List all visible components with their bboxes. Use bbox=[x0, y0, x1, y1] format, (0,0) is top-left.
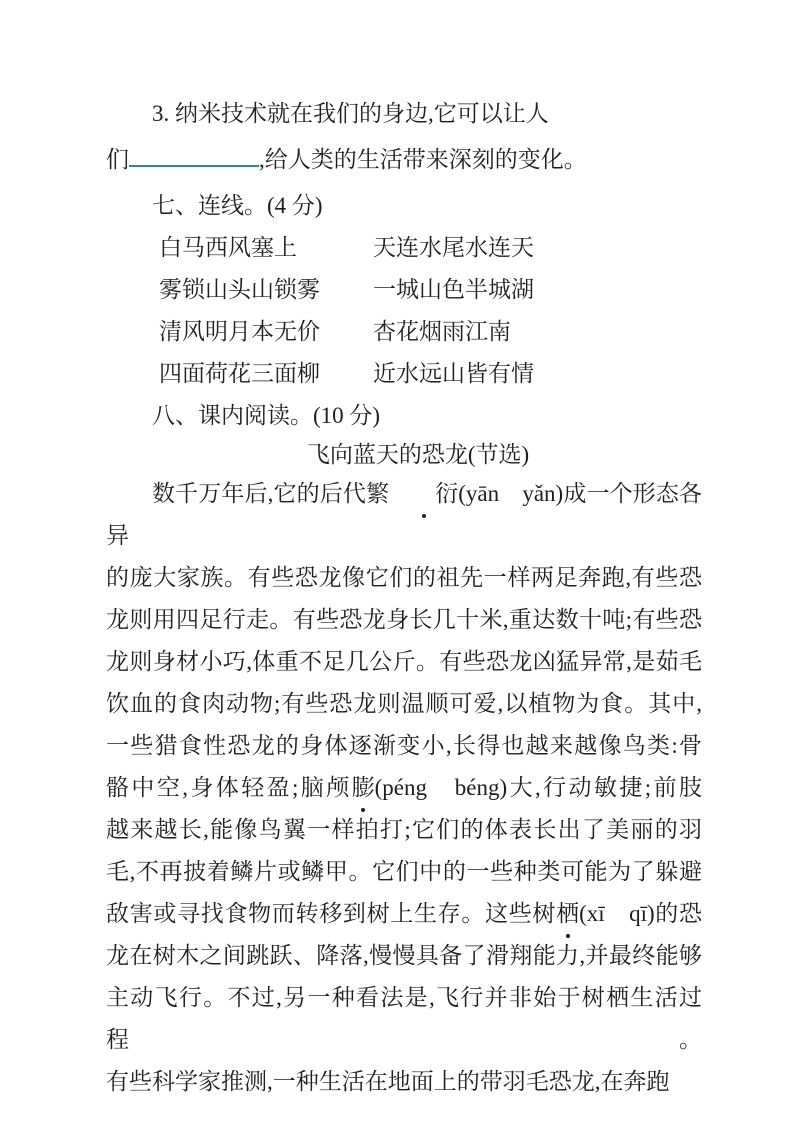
passage-line: 一些猎食性恐龙的身体逐渐变小,长得也越来越像鸟类:骨 bbox=[106, 725, 702, 767]
match-row: 白马西风塞上 天连水尾水连天 bbox=[106, 227, 702, 269]
match-left-item: 四面荷花三面柳 bbox=[159, 353, 373, 395]
question-3-line-1: 3. 纳米技术就在我们的身边,它可以让人 bbox=[106, 93, 702, 135]
question-3-suffix: ,给人类的生活带来深刻的变化。 bbox=[259, 147, 587, 172]
matching-exercise: 白马西风塞上 天连水尾水连天 雾锁山头山锁雾 一城山色半城湖 清风明月本无价 杏… bbox=[106, 227, 702, 395]
question-3-line-2: 们,给人类的生活带来深刻的变化。 bbox=[106, 139, 702, 181]
match-left-item: 雾锁山头山锁雾 bbox=[159, 269, 373, 311]
passage-line: 龙在树木之间跳跃、降落,慢慢具备了滑翔能力,并最终能够 bbox=[106, 935, 702, 977]
passage-line: 饮血的食肉动物;有些恐龙则温顺可爱,以植物为食。其中, bbox=[106, 683, 702, 725]
passage-line: 数千万年后,它的后代繁衍(yān yǎn)成一个形态各异 bbox=[106, 473, 702, 557]
match-right-item: 近水远山皆有情 bbox=[373, 353, 534, 395]
passage-line: 龙则用四足行走。有些恐龙身长几十米,重达数十吨;有些恐 bbox=[106, 599, 702, 641]
passage-line: 的庞大家族。有些恐龙像它们的祖先一样两足奔跑,有些恐 bbox=[106, 557, 702, 599]
passage-line: 骼中空,身体轻盈;脑颅膨(péng béng)大,行动敏捷;前肢 bbox=[106, 767, 702, 809]
match-left-item: 白马西风塞上 bbox=[159, 227, 373, 269]
passage-body: 数千万年后,它的后代繁衍(yān yǎn)成一个形态各异的庞大家族。有些恐龙像它… bbox=[106, 473, 702, 1103]
emphasized-char: 栖 bbox=[556, 893, 579, 935]
match-right-item: 杏花烟雨江南 bbox=[373, 311, 511, 353]
match-left-item: 清风明月本无价 bbox=[159, 311, 373, 353]
passage-line: 有些科学家推测,一种生活在地面上的带羽毛恐龙,在奔跑 bbox=[106, 1061, 702, 1103]
fill-in-blank-underline bbox=[129, 165, 259, 167]
match-right-item: 一城山色半城湖 bbox=[373, 269, 534, 311]
test-paper-page: 3. 纳米技术就在我们的身边,它可以让人 们,给人类的生活带来深刻的变化。 七、… bbox=[0, 0, 793, 1122]
passage-line: 主动飞行。不过,另一种看法是,飞行并非始于树栖生活过程。 bbox=[106, 977, 702, 1061]
match-right-item: 天连水尾水连天 bbox=[373, 227, 534, 269]
passage-line: 越来越长,能像鸟翼一样拍打;它们的体表长出了美丽的羽 bbox=[106, 809, 702, 851]
passage-line: 敌害或寻找食物而转移到树上生存。这些树栖(xī qī)的恐 bbox=[106, 893, 702, 935]
passage-line: 龙则身材小巧,体重不足几公斤。有些恐龙凶猛异常,是茹毛 bbox=[106, 641, 702, 683]
question-3-prefix: 们 bbox=[106, 147, 129, 172]
passage-title: 飞向蓝天的恐龙(节选) bbox=[106, 437, 702, 473]
emphasized-char: 衍 bbox=[389, 473, 458, 515]
emphasized-char: 膨 bbox=[352, 767, 375, 809]
section-7-heading: 七、连线。(4 分) bbox=[106, 185, 702, 227]
match-row: 雾锁山头山锁雾 一城山色半城湖 bbox=[106, 269, 702, 311]
section-8-heading: 八、课内阅读。(10 分) bbox=[106, 395, 702, 437]
match-row: 清风明月本无价 杏花烟雨江南 bbox=[106, 311, 702, 353]
passage-line: 毛,不再披着鳞片或鳞甲。它们中的一些种类可能为了躲避 bbox=[106, 851, 702, 893]
match-row: 四面荷花三面柳 近水远山皆有情 bbox=[106, 353, 702, 395]
